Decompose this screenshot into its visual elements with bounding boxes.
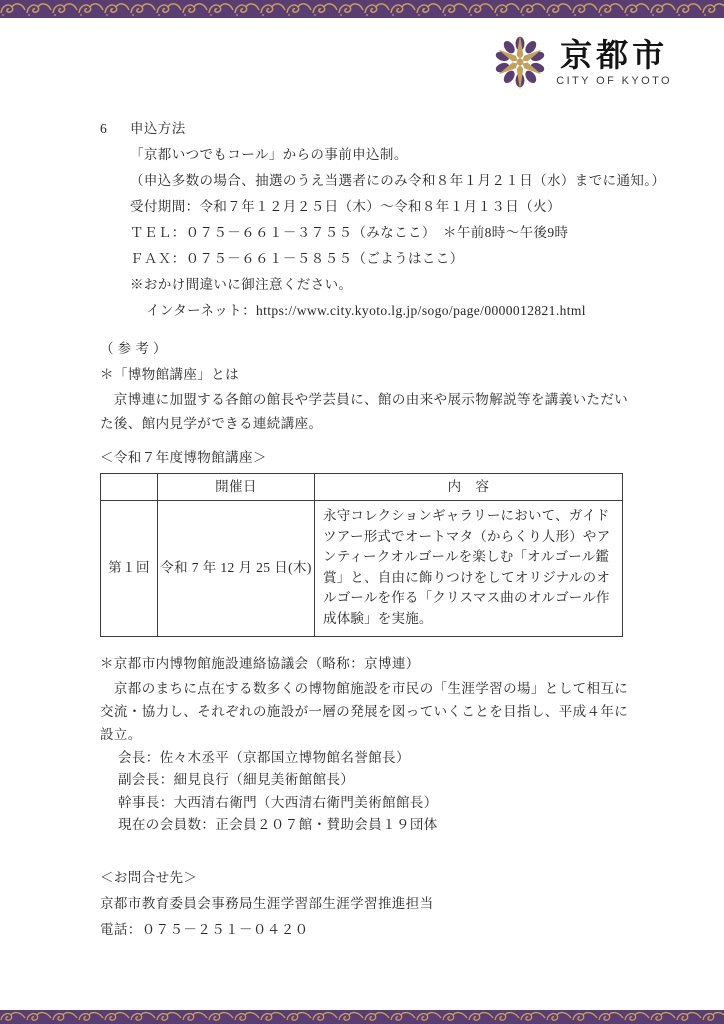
- content-cell: 永守コレクションギャラリーにおいて、ガイドツアー形式でオートマタ（からくり人形）…: [315, 501, 623, 637]
- document-body: 6 申込方法 「京都いつでもコール」からの事前申込制。 （申込多数の場合、抽選の…: [100, 116, 630, 943]
- decorative-border-bottom-icon: [0, 1010, 724, 1024]
- member-count-line: 現在の会員数：正会員２０７館・賛助会員１９団体: [118, 814, 630, 837]
- column-header-blank: [101, 474, 158, 501]
- reference-heading: （ 参 考 ）: [100, 336, 630, 362]
- section-contact: ＜お問合せ先＞ 京都市教育委員会事務局生涯学習部生涯学習推進担当 電話：０７５－…: [100, 865, 630, 943]
- section-reference: （ 参 考 ） ＊「博物館講座」とは 京博連に加盟する各館の館長や学芸員に、館の…: [100, 336, 630, 436]
- application-line: （申込多数の場合、抽選のうえ当選者にのみ令和８年１月２１日（水）までに通知。）: [130, 168, 630, 194]
- application-line: 「京都いつでもコール」からの事前申込制。: [130, 142, 630, 168]
- column-header-content: 内 容: [315, 474, 623, 501]
- application-internet-line: インターネット：https://www.city.kyoto.lg.jp/sog…: [130, 298, 630, 324]
- column-header-date: 開催日: [158, 474, 315, 501]
- document-page: 京都市 CITY OF KYOTO 6 申込方法 「京都いつでもコール」からの事…: [0, 0, 724, 1024]
- application-line: ※おかけ間違いに御注意ください。: [130, 272, 630, 298]
- table-header-row: 開催日 内 容: [101, 474, 623, 501]
- application-line: ＴＥＬ：０７５－６６１－３７５５（みなここ） ＊午前8時～午後9時: [130, 220, 630, 246]
- contact-phone: 電話：０７５－２５１－０４２０: [100, 917, 630, 943]
- section-lecture-table: ＜令和７年度博物館講座＞ 開催日 内 容 第１回 令和 7 年 12 月 25 …: [100, 446, 630, 637]
- contact-department: 京都市教育委員会事務局生涯学習部生涯学習推進担当: [100, 891, 630, 917]
- application-line: ＦＡＸ：０７５－６６１－５８５５（ごようはここ）: [130, 246, 630, 272]
- session-cell: 第１回: [101, 501, 158, 637]
- section-application: 6 申込方法 「京都いつでもコール」からの事前申込制。 （申込多数の場合、抽選の…: [100, 116, 630, 324]
- section-title: 申込方法: [130, 116, 186, 142]
- section-kyohakuren: ＊京都市内博物館施設連絡協議会（略称：京博連） 京都のまちに点在する数多くの博物…: [100, 651, 630, 837]
- officer-line-chairman: 会長：佐々木丞平（京都国立博物館名誉館長）: [118, 747, 630, 770]
- officer-line-secretary: 幹事長：大西清右衛門（大西清右衛門美術館館長）: [118, 792, 630, 815]
- kyohakuren-body: 京都のまちに点在する数多くの博物館施設を市民の「生涯学習の場」として相互に交流・…: [100, 677, 630, 746]
- lecture-definition-title: ＊「博物館講座」とは: [100, 362, 630, 388]
- officer-line-vice-chairman: 副会長：細見良行（細見美術館館長）: [118, 769, 630, 792]
- decorative-border-top-icon: [0, 0, 724, 18]
- kyohakuren-title: ＊京都市内博物館施設連絡協議会（略称：京博連）: [100, 651, 630, 677]
- kyoto-city-logo: 京都市 CITY OF KYOTO: [492, 33, 672, 91]
- table-row: 第１回 令和 7 年 12 月 25 日(木) 永守コレクションギャラリーにおい…: [101, 501, 623, 637]
- date-cell: 令和 7 年 12 月 25 日(木): [158, 501, 315, 637]
- logo-title: 京都市: [560, 37, 668, 73]
- logo-subtitle: CITY OF KYOTO: [556, 75, 672, 87]
- kyoto-city-emblem-icon: [492, 33, 548, 91]
- contact-heading: ＜お問合せ先＞: [100, 865, 630, 891]
- application-line: 受付期間：令和７年１２月２５日（木）～令和８年１月１３日（火）: [130, 194, 630, 220]
- lecture-table-caption: ＜令和７年度博物館講座＞: [100, 446, 630, 470]
- lecture-definition-body: 京博連に加盟する各館の館長や学芸員に、館の由来や展示物解説等を講義いただいた後、…: [100, 388, 630, 436]
- lecture-table: 開催日 内 容 第１回 令和 7 年 12 月 25 日(木) 永守コレクション…: [100, 473, 623, 637]
- section-number: 6: [100, 116, 130, 142]
